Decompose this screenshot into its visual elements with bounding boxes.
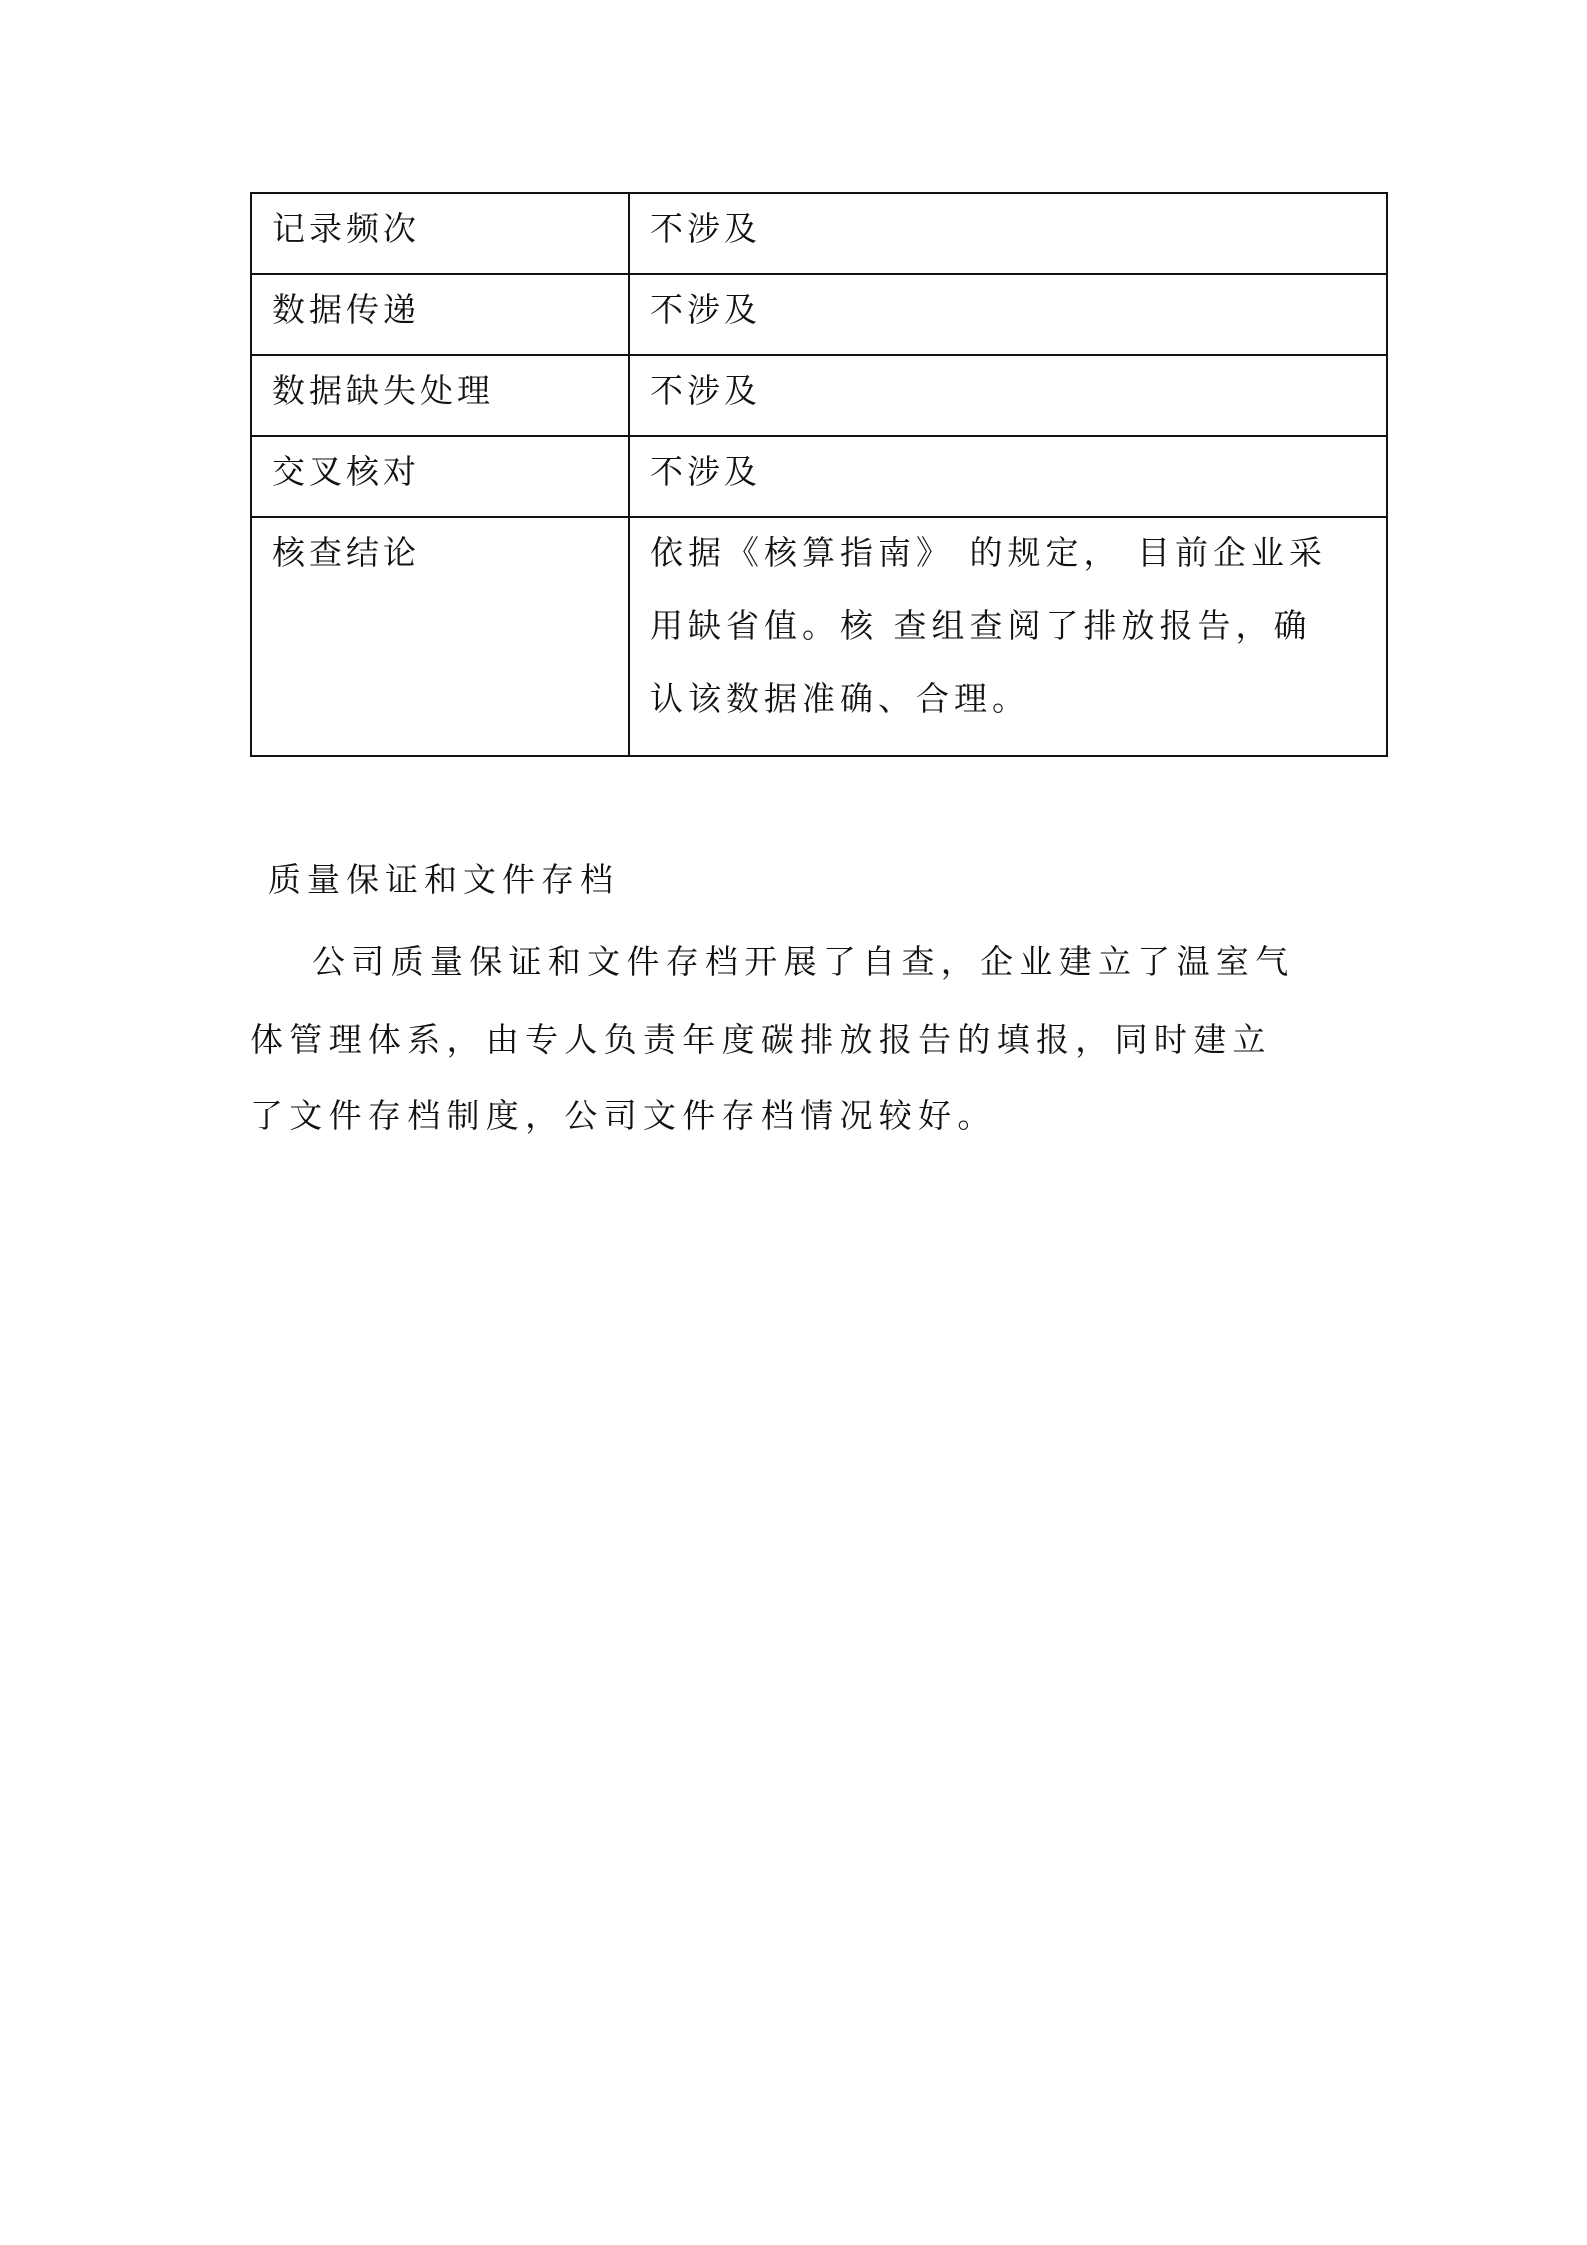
conclusion-text: 依据《核算指南》 的规定， 目前企业采 用缺省值。核 查组查阅了排放报告，确 认… [629,517,1387,756]
row-label: 数据缺失处理 [251,355,629,436]
row-label: 记录频次 [251,193,629,274]
table-row: 交叉核对 不涉及 [251,436,1387,517]
verification-table: 记录频次 不涉及 数据传递 不涉及 数据缺失处理 不涉及 交叉核对 不涉及 核查… [250,192,1388,757]
paragraph-line: 体管理体系，由专人负责年度碳排放报告的填报，同时建立 [250,1020,1272,1060]
paragraph-line: 公司质量保证和文件存档开展了自查，企业建立了温室气 [312,942,1295,982]
row-value: 不涉及 [629,274,1387,355]
row-label: 数据传递 [251,274,629,355]
conclusion-line: 用缺省值。核 查组查阅了排放报告，确 [650,609,1370,682]
row-value: 不涉及 [629,355,1387,436]
paragraph-line: 了文件存档制度，公司文件存档情况较好。 [250,1096,997,1136]
document-page: 记录频次 不涉及 数据传递 不涉及 数据缺失处理 不涉及 交叉核对 不涉及 核查… [0,0,1587,2245]
table-row-conclusion: 核查结论 依据《核算指南》 的规定， 目前企业采 用缺省值。核 查组查阅了排放报… [251,517,1387,756]
row-value: 不涉及 [629,436,1387,517]
table-row: 记录频次 不涉及 [251,193,1387,274]
table-row: 数据传递 不涉及 [251,274,1387,355]
conclusion-line: 依据《核算指南》 的规定， 目前企业采 [650,536,1370,609]
row-label: 交叉核对 [251,436,629,517]
section-heading: 质量保证和文件存档 [268,860,619,900]
conclusion-line: 认该数据准确、合理。 [650,682,1370,755]
row-label: 核查结论 [251,517,629,756]
row-value: 不涉及 [629,193,1387,274]
table-row: 数据缺失处理 不涉及 [251,355,1387,436]
